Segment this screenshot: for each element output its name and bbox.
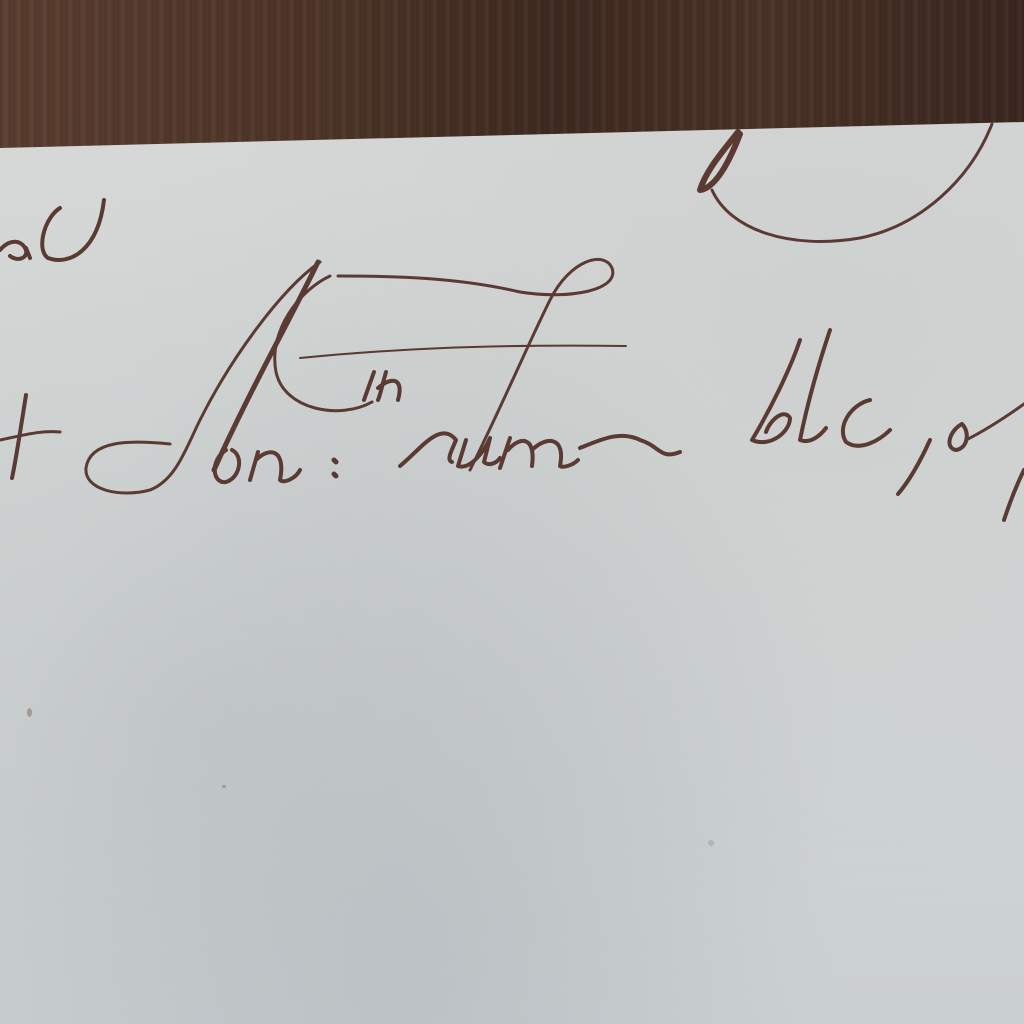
handwriting-ink xyxy=(0,0,1024,1024)
flourish-top-right xyxy=(700,124,992,241)
text-fragment-al xyxy=(0,200,104,260)
signature-jon-trumble xyxy=(0,259,1024,520)
